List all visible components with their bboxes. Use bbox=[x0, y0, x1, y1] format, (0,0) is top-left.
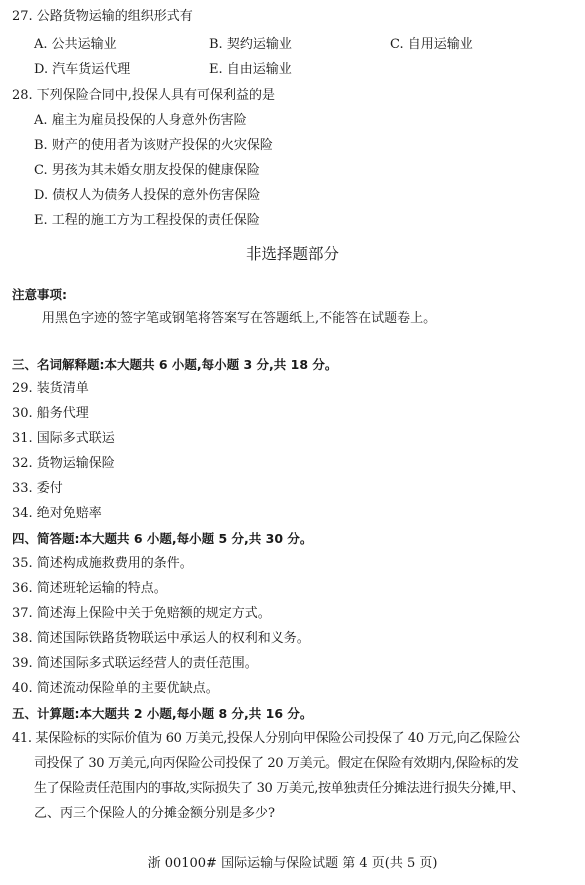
q28-option-a: A. 雇主为雇员投保的人身意外伤害险 bbox=[34, 113, 247, 129]
question-41-line-4: 乙、丙三个保险人的分摊金额分别是多少? bbox=[34, 806, 275, 822]
q28-option-c: C. 男孩为其未婚女朋友投保的健康保险 bbox=[34, 163, 260, 179]
q27-option-d: D. 汽车货运代理 bbox=[34, 62, 130, 78]
question-27-stem: 27. 公路货物运输的组织形式有 bbox=[12, 9, 193, 25]
question-36: 36. 简述班轮运输的特点。 bbox=[12, 581, 167, 597]
term-32: 32. 货物运输保险 bbox=[12, 456, 115, 472]
part-title: 非选择题部分 bbox=[0, 246, 585, 262]
question-35: 35. 简述构成施救费用的条件。 bbox=[12, 556, 193, 572]
question-28-stem: 28. 下列保险合同中,投保人具有可保利益的是 bbox=[12, 88, 275, 104]
q27-option-b: B. 契约运输业 bbox=[209, 37, 292, 53]
question-38: 38. 简述国际铁路货物联运中承运人的权利和义务。 bbox=[12, 631, 310, 647]
q28-option-b: B. 财产的使用者为该财产投保的火灾保险 bbox=[34, 138, 273, 154]
q28-option-d: D. 债权人为债务人投保的意外伤害保险 bbox=[34, 188, 260, 204]
question-41-line-1: 41. 某保险标的实际价值为 60 万美元,投保人分别向甲保险公司投保了 40 … bbox=[12, 731, 520, 747]
q27-option-e: E. 自由运输业 bbox=[209, 62, 292, 78]
term-31: 31. 国际多式联运 bbox=[12, 431, 115, 447]
term-30: 30. 船务代理 bbox=[12, 406, 89, 422]
term-29: 29. 装货清单 bbox=[12, 381, 89, 397]
section-5-title: 五、计算题:本大题共 2 小题,每小题 8 分,共 16 分。 bbox=[12, 706, 312, 722]
notice-text: 用黑色字迹的签字笔或钢笔将答案写在答题纸上,不能答在试题卷上。 bbox=[42, 311, 436, 327]
section-3-title: 三、名词解释题:本大题共 6 小题,每小题 3 分,共 18 分。 bbox=[12, 357, 337, 373]
q27-option-c: C. 自用运输业 bbox=[390, 37, 473, 53]
q28-option-e: E. 工程的施工方为工程投保的责任保险 bbox=[34, 213, 260, 229]
question-40: 40. 简述流动保险单的主要优缺点。 bbox=[12, 681, 219, 697]
term-34: 34. 绝对免赔率 bbox=[12, 506, 102, 522]
question-37: 37. 简述海上保险中关于免赔额的规定方式。 bbox=[12, 606, 271, 622]
section-4-title: 四、简答题:本大题共 6 小题,每小题 5 分,共 30 分。 bbox=[12, 531, 312, 547]
notice-title: 注意事项: bbox=[12, 287, 67, 303]
question-39: 39. 简述国际多式联运经营人的责任范围。 bbox=[12, 656, 258, 672]
question-41-line-3: 生了保险责任范围内的事故,实际损失了 30 万美元,按单独责任分摊法进行损失分摊… bbox=[34, 781, 524, 797]
page-footer: 浙 00100# 国际运输与保险试题 第 4 页(共 5 页) bbox=[0, 856, 585, 872]
question-41-line-2: 司投保了 30 万美元,向丙保险公司投保了 20 万美元。假定在保险有效期内,保… bbox=[34, 756, 518, 772]
term-33: 33. 委付 bbox=[12, 481, 63, 497]
q27-option-a: A. 公共运输业 bbox=[34, 37, 117, 53]
